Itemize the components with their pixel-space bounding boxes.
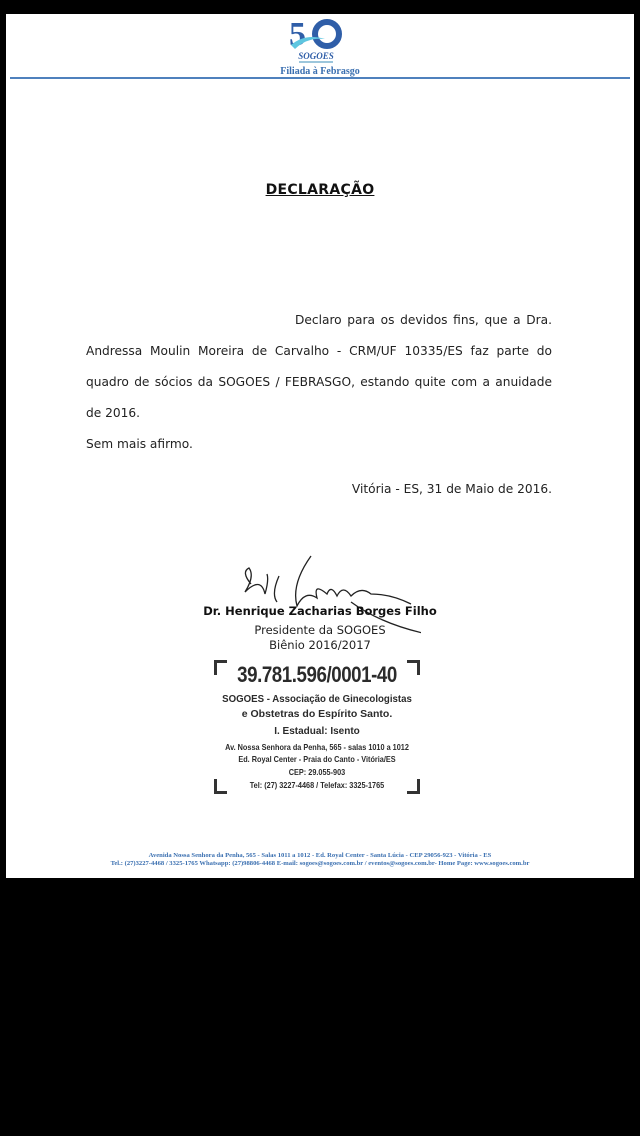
closing-paragraph: Sem mais afirmo. [86,429,552,460]
document-title: DECLARAÇÃO [6,182,634,198]
signatory-name: Dr. Henrique Zacharias Borges Filho [6,604,634,618]
declaration-paragraph: Declaro para os devidos fins, que a Dra.… [86,305,552,429]
stamp-corner [407,660,420,675]
stamp-line: e Obstetras do Espírito Santo. [212,708,422,720]
stamp-cnpj: 39.781.596/0001-40 [228,662,407,688]
place-date: Vitória - ES, 31 de Maio de 2016. [352,482,552,496]
document-page: 5 SOGOES Filiada à Febrasgo DECLARAÇÃO D… [6,14,634,878]
declaration-body: Declaro para os devidos fins, que a Dra.… [86,305,552,460]
stamp-line: Ed. Royal Center - Praia do Canto - Vitó… [225,754,410,764]
stamp-line: Tel: (27) 3227-4468 / Telefax: 3325-1765 [225,780,410,790]
stamp-line: I. Estadual: Isento [212,726,422,737]
svg-text:5: 5 [289,16,306,53]
footer-contacts: Tel.: (27)3227-4468 / 3325-1765 Whatsapp… [6,860,634,867]
affiliation-label: Filiada à Febrasgo [6,66,634,77]
cnpj-stamp: 39.781.596/0001-40 SOGOES - Associação d… [212,656,422,798]
stamp-corner [214,660,227,675]
header-divider [10,77,630,79]
sogoes-50-logo-icon: 5 SOGOES [285,15,347,67]
stamp-line: SOGOES - Associação de Ginecologistas [220,693,413,705]
svg-text:SOGOES: SOGOES [298,51,334,61]
handwritten-signature-icon [231,554,421,634]
stamp-line: Av. Nossa Senhora da Penha, 565 - salas … [225,742,410,752]
footer-address: Avenida Nossa Senhora da Penha, 565 - Sa… [6,852,634,859]
signatory-role: Presidente da SOGOES [6,623,634,637]
signatory-term: Biênio 2016/2017 [6,638,634,652]
stamp-line: CEP: 29.055-903 [225,767,410,777]
